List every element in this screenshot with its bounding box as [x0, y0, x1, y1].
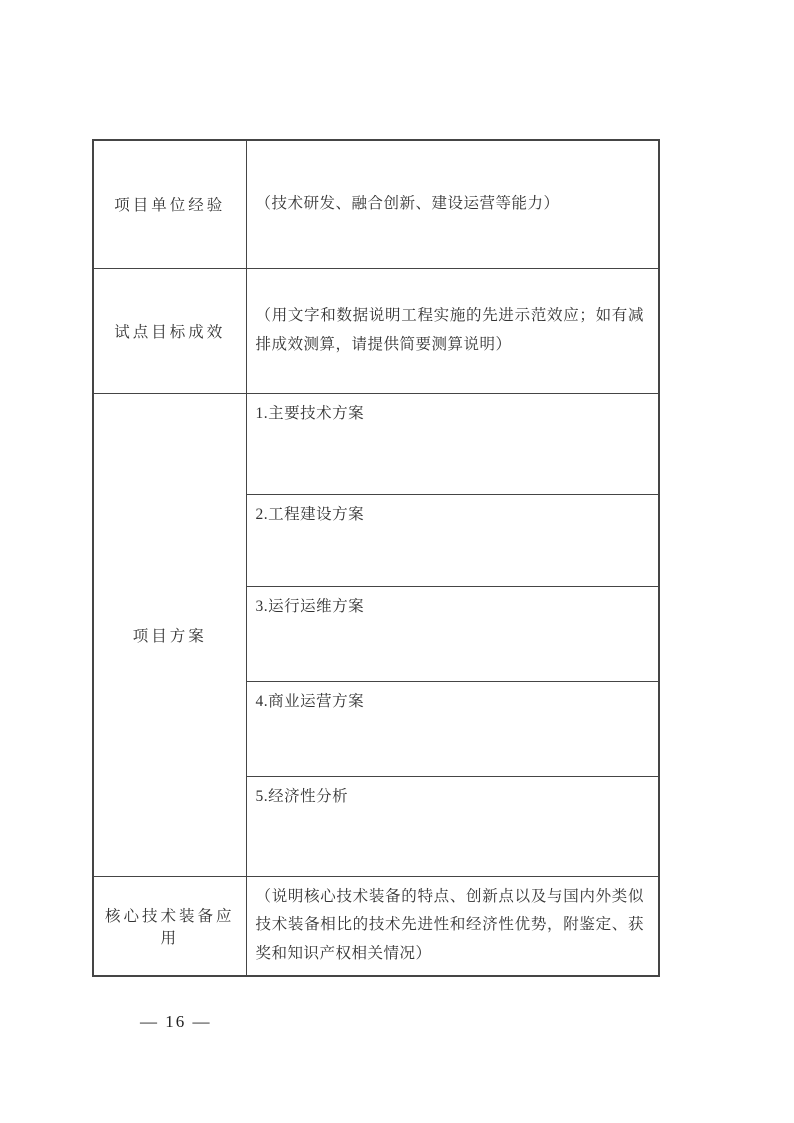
- document-page: 项目单位经验 （技术研发、融合创新、建设运营等能力） 试点目标成效 （用文字和数…: [0, 0, 794, 1123]
- cell-project-unit-experience: （技术研发、融合创新、建设运营等能力）: [246, 140, 659, 268]
- table-row: 项目单位经验 （技术研发、融合创新、建设运营等能力）: [93, 140, 659, 268]
- table-row: 项目方案 1.主要技术方案: [93, 393, 659, 494]
- page-number: — 16 —: [140, 1012, 212, 1032]
- row-label-project-plan: 项目方案: [93, 393, 246, 876]
- cell-economic-analysis: 5.经济性分析: [246, 776, 659, 876]
- row-label-core-technical-equipment: 核心技术装备应用: [93, 876, 246, 976]
- table-row: 核心技术装备应用 （说明核心技术装备的特点、创新点以及与国内外类似技术装备相比的…: [93, 876, 659, 976]
- row-label-project-unit-experience: 项目单位经验: [93, 140, 246, 268]
- cell-core-technical-equipment: （说明核心技术装备的特点、创新点以及与国内外类似技术装备相比的技术先进性和经济性…: [246, 876, 659, 976]
- cell-commercial-operation-plan: 4.商业运营方案: [246, 681, 659, 776]
- row-label-pilot-target-results: 试点目标成效: [93, 268, 246, 393]
- cell-pilot-target-results: （用文字和数据说明工程实施的先进示范效应；如有减排成效测算，请提供简要测算说明）: [246, 268, 659, 393]
- cell-operation-maintenance-plan: 3.运行运维方案: [246, 586, 659, 681]
- cell-engineering-construction-plan: 2.工程建设方案: [246, 494, 659, 586]
- cell-main-technical-plan: 1.主要技术方案: [246, 393, 659, 494]
- project-form-table: 项目单位经验 （技术研发、融合创新、建设运营等能力） 试点目标成效 （用文字和数…: [92, 139, 660, 977]
- table-row: 试点目标成效 （用文字和数据说明工程实施的先进示范效应；如有减排成效测算，请提供…: [93, 268, 659, 393]
